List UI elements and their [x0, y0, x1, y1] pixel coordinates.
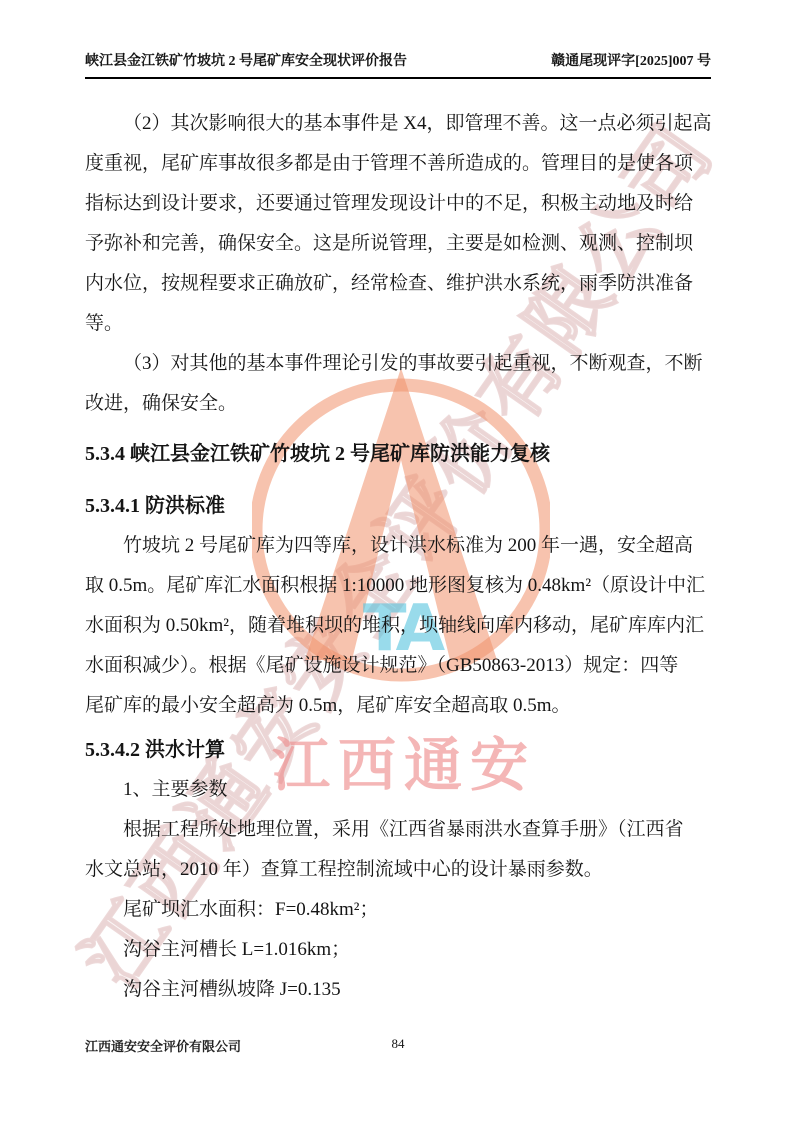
document-content: （2）其次影响很大的基本事件是 X4，即管理不善。这一点必须引起高 度重视，尾矿…	[85, 104, 711, 1010]
section-heading-5-3-4-2: 5.3.4.2 洪水计算	[85, 730, 711, 770]
page-number: 84	[392, 1036, 405, 1052]
paragraph-x4-management: （2）其次影响很大的基本事件是 X4，即管理不善。这一点必须引起高 度重视，尾矿…	[85, 104, 711, 344]
text-line: 度重视，尾矿库事故很多都是由于管理不善所造成的。管理目的是使各项	[85, 144, 711, 184]
section-heading-5-3-4-1: 5.3.4.1 防洪标准	[85, 486, 711, 526]
text-line: 改进，确保安全。	[85, 384, 711, 424]
page-header: 峡江县金江铁矿竹坡坑 2 号尾矿库安全现状评价报告 赣通尾现评字[2025]00…	[85, 50, 711, 79]
text-line: （2）其次影响很大的基本事件是 X4，即管理不善。这一点必须引起高	[85, 104, 711, 144]
paragraph-other-basic-events: （3）对其他的基本事件理论引发的事故要引起重视，不断观查，不断 改进，确保安全。	[85, 344, 711, 424]
footer-company: 江西通安安全评价有限公司	[85, 1039, 241, 1054]
param-channel-slope: 沟谷主河槽纵坡降 J=0.135	[85, 970, 711, 1010]
section-heading-5-3-4: 5.3.4 峡江县金江铁矿竹坡坑 2 号尾矿库防洪能力复核	[85, 434, 711, 474]
text-line: 内水位，按规程要求正确放矿，经常检查、维护洪水系统，雨季防洪准备	[85, 264, 711, 304]
paragraph-params-intro: 根据工程所处地理位置，采用《江西省暴雨洪水查算手册》（江西省 水文总站，2010…	[85, 810, 711, 890]
text-line: 根据工程所处地理位置，采用《江西省暴雨洪水查算手册》（江西省	[85, 810, 711, 850]
param-catchment-area: 尾矿坝汇水面积：F=0.48km²；	[85, 890, 711, 930]
text-line: 取 0.5m。尾矿库汇水面积根据 1:10000 地形图复核为 0.48km²（…	[85, 566, 711, 606]
paragraph-flood-standard: 竹坡坑 2 号尾矿库为四等库，设计洪水标准为 200 年一遇，安全超高 取 0.…	[85, 526, 711, 726]
text-line: 予弥补和完善，确保安全。这是所说管理，主要是如检测、观测、控制坝	[85, 224, 711, 264]
text-line: 等。	[85, 304, 711, 344]
header-doc-number: 赣通尾现评字[2025]007 号	[551, 50, 711, 70]
document-page: 江西通安安全评价有限公司 TA 江西通安 峡江县金江铁矿竹坡坑 2 号尾矿库安全…	[0, 0, 793, 1122]
param-channel-length: 沟谷主河槽长 L=1.016km；	[85, 930, 711, 970]
text-line: 水文总站，2010 年）查算工程控制流域中心的设计暴雨参数。	[85, 850, 711, 890]
header-report-title: 峡江县金江铁矿竹坡坑 2 号尾矿库安全现状评价报告	[85, 50, 407, 70]
text-line: 指标达到设计要求，还要通过管理发现设计中的不足，积极主动地及时给	[85, 184, 711, 224]
text-line: 水面积减少）。根据《尾矿设施设计规范》（GB50863-2013）规定：四等	[85, 646, 711, 686]
text-line: 竹坡坑 2 号尾矿库为四等库，设计洪水标准为 200 年一遇，安全超高	[85, 526, 711, 566]
text-line: 尾矿库的最小安全超高为 0.5m，尾矿库安全超高取 0.5m。	[85, 686, 711, 726]
list-item-main-params: 1、主要参数	[85, 770, 711, 810]
text-line: （3）对其他的基本事件理论引发的事故要引起重视，不断观查，不断	[85, 344, 711, 384]
page-footer: 江西通安安全评价有限公司 84	[85, 1036, 711, 1055]
text-line: 水面积为 0.50km²，随着堆积坝的堆积，坝轴线向库内移动，尾矿库库内汇	[85, 606, 711, 646]
